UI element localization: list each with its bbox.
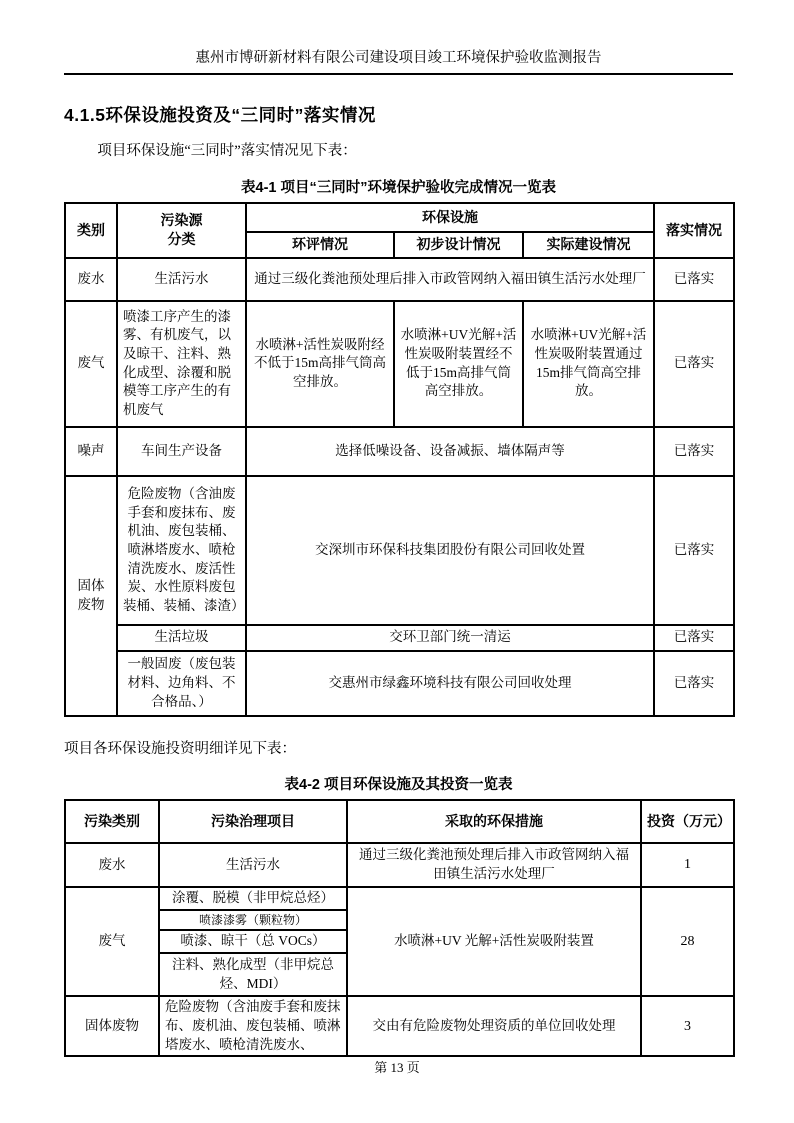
table-row: 噪声 车间生产设备 选择低噪设备、设备减振、墙体隔声等 已落实 <box>65 427 734 476</box>
t1-noise-measure: 选择低噪设备、设备减振、墙体隔声等 <box>246 427 654 476</box>
t2-header-category: 污染类别 <box>65 800 159 843</box>
t1-header-category: 类别 <box>65 203 117 258</box>
t2-solid-project-text: 危险废物（含油废手套和废抹布、废机油、废包装桶、喷淋塔废水、喷枪清洗废水、 <box>165 998 341 1054</box>
t2-gas-item-coating: 涂覆、脱模（非甲烷总烃） <box>159 887 347 910</box>
table-row: 固体废物 危险废物（含油废手套和废抹布、废机油、废包装桶、喷淋塔废水、喷枪清洗废… <box>65 996 734 1056</box>
t2-gas-item-injection: 注料、熟化成型（非甲烷总烃、MDI） <box>159 953 347 996</box>
t1-header-status: 落实情况 <box>654 203 734 258</box>
t1-solid-domestic-status: 已落实 <box>654 625 734 651</box>
t2-gas-investment: 28 <box>641 887 734 996</box>
t1-noise-status: 已落实 <box>654 427 734 476</box>
t2-header-project: 污染治理项目 <box>159 800 347 843</box>
t1-header-facilities: 环保设施 <box>246 203 654 232</box>
t1-gas-category: 废气 <box>65 301 117 427</box>
t2-gas-category: 废气 <box>65 887 159 996</box>
t2-solid-project: 危险废物（含油废手套和废抹布、废机油、废包装桶、喷淋塔废水、喷枪清洗废水、 <box>159 996 347 1056</box>
t2-header-investment: 投资（万元） <box>641 800 734 843</box>
table-4-2-caption: 表4-2 项目环保设施及其投资一览表 <box>64 773 733 794</box>
t2-gas-item-spray: 喷漆、晾干（总 VOCs） <box>159 930 347 953</box>
t2-gas-item-paintmist: 喷漆漆雾（颗粒物） <box>159 910 347 931</box>
t1-solid-general-status: 已落实 <box>654 651 734 716</box>
table-4-1-caption: 表4-1 项目“三同时”环境保护验收完成情况一览表 <box>64 176 733 197</box>
t1-header-eia: 环评情况 <box>246 232 394 258</box>
t1-wastewater-status: 已落实 <box>654 258 734 301</box>
t2-wastewater-category: 废水 <box>65 843 159 887</box>
t1-solid-hazardous-measure: 交深圳市环保科技集团股份有限公司回收处置 <box>246 476 654 625</box>
t1-header-actual: 实际建设情况 <box>523 232 654 258</box>
intro-paragraph-2: 项目各环保设施投资明细详见下表： <box>64 740 733 759</box>
t2-wastewater-investment: 1 <box>641 843 734 887</box>
t1-solid-domestic-source: 生活垃圾 <box>117 625 246 651</box>
t1-wastewater-source: 生活污水 <box>117 258 246 301</box>
t2-solid-category: 固体废物 <box>65 996 159 1056</box>
table-4-1: 类别 污染源 分类 环保设施 落实情况 环评情况 初步设计情况 实际建设情况 废… <box>64 202 735 717</box>
t1-solid-hazardous-status: 已落实 <box>654 476 734 625</box>
table-row: 废气 喷漆工序产生的漆雾、有机废气，以及晾干、注料、熟化成型、涂覆和脱模等工序产… <box>65 301 734 427</box>
document-page: 惠州市博研新材料有限公司建设项目竣工环境保护验收监测报告 4.1.5环保设施投资… <box>0 0 794 1123</box>
t1-solid-general-source: 一般固废（废包装材料、边角料、不合格品、） <box>117 651 246 716</box>
t1-solid-category: 固体 废物 <box>65 476 117 716</box>
table-4-2: 污染类别 污染治理项目 采取的环保措施 投资（万元） 废水 生活污水 通过三级化… <box>64 799 735 1057</box>
table-row: 废气 涂覆、脱模（非甲烷总烃） 水喷淋+UV 光解+活性炭吸附装置 28 <box>65 887 734 910</box>
t1-wastewater-measure: 通过三级化粪池预处理后排入市政管网纳入福田镇生活污水处理厂 <box>246 258 654 301</box>
t1-noise-category: 噪声 <box>65 427 117 476</box>
report-header-title: 惠州市博研新材料有限公司建设项目竣工环境保护验收监测报告 <box>64 50 733 75</box>
table-row: 废水 生活污水 通过三级化粪池预处理后排入市政管网纳入福田镇生活污水处理厂 1 <box>65 843 734 887</box>
t1-gas-status: 已落实 <box>654 301 734 427</box>
t1-gas-design: 水喷淋+UV光解+活性炭吸附装置经不低于15m高排气筒高空排放。 <box>394 301 523 427</box>
t1-noise-source: 车间生产设备 <box>117 427 246 476</box>
t1-gas-eia: 水喷淋+活性炭吸附经不低于15m高排气筒高空排放。 <box>246 301 394 427</box>
t2-solid-measure: 交由有危险废物处理资质的单位回收处理 <box>347 996 641 1056</box>
t2-gas-measure: 水喷淋+UV 光解+活性炭吸附装置 <box>347 887 641 996</box>
t1-wastewater-category: 废水 <box>65 258 117 301</box>
table-row: 生活垃圾 交环卫部门统一清运 已落实 <box>65 625 734 651</box>
table-row: 固体 废物 危险废物（含油废手套和废抹布、废机油、废包装桶、喷淋塔废水、喷枪清洗… <box>65 476 734 625</box>
table-row: 一般固废（废包装材料、边角料、不合格品、） 交惠州市绿鑫环境科技有限公司回收处理… <box>65 651 734 716</box>
t1-solid-hazardous-source: 危险废物（含油废手套和废抹布、废机油、废包装桶、喷淋塔废水、喷枪清洗废水、废活性… <box>117 476 246 625</box>
table-row: 废水 生活污水 通过三级化粪池预处理后排入市政管网纳入福田镇生活污水处理厂 已落… <box>65 258 734 301</box>
t1-header-design: 初步设计情况 <box>394 232 523 258</box>
t2-wastewater-project: 生活污水 <box>159 843 347 887</box>
t2-header-measure: 采取的环保措施 <box>347 800 641 843</box>
t1-solid-general-measure: 交惠州市绿鑫环境科技有限公司回收处理 <box>246 651 654 716</box>
section-heading: 4.1.5环保设施投资及“三同时”落实情况 <box>64 102 733 127</box>
page-number: 第 13 页 <box>0 1057 794 1076</box>
t2-solid-investment: 3 <box>641 996 734 1056</box>
t2-wastewater-measure: 通过三级化粪池预处理后排入市政管网纳入福田镇生活污水处理厂 <box>347 843 641 887</box>
t1-solid-domestic-measure: 交环卫部门统一清运 <box>246 625 654 651</box>
t1-header-source: 污染源 分类 <box>117 203 246 258</box>
intro-paragraph-1: 项目环保设施“三同时”落实情况见下表： <box>64 142 733 161</box>
t1-gas-actual: 水喷淋+UV光解+活性炭吸附装置通过15m排气筒高空排放。 <box>523 301 654 427</box>
t1-gas-source: 喷漆工序产生的漆雾、有机废气，以及晾干、注料、熟化成型、涂覆和脱模等工序产生的有… <box>117 301 246 427</box>
